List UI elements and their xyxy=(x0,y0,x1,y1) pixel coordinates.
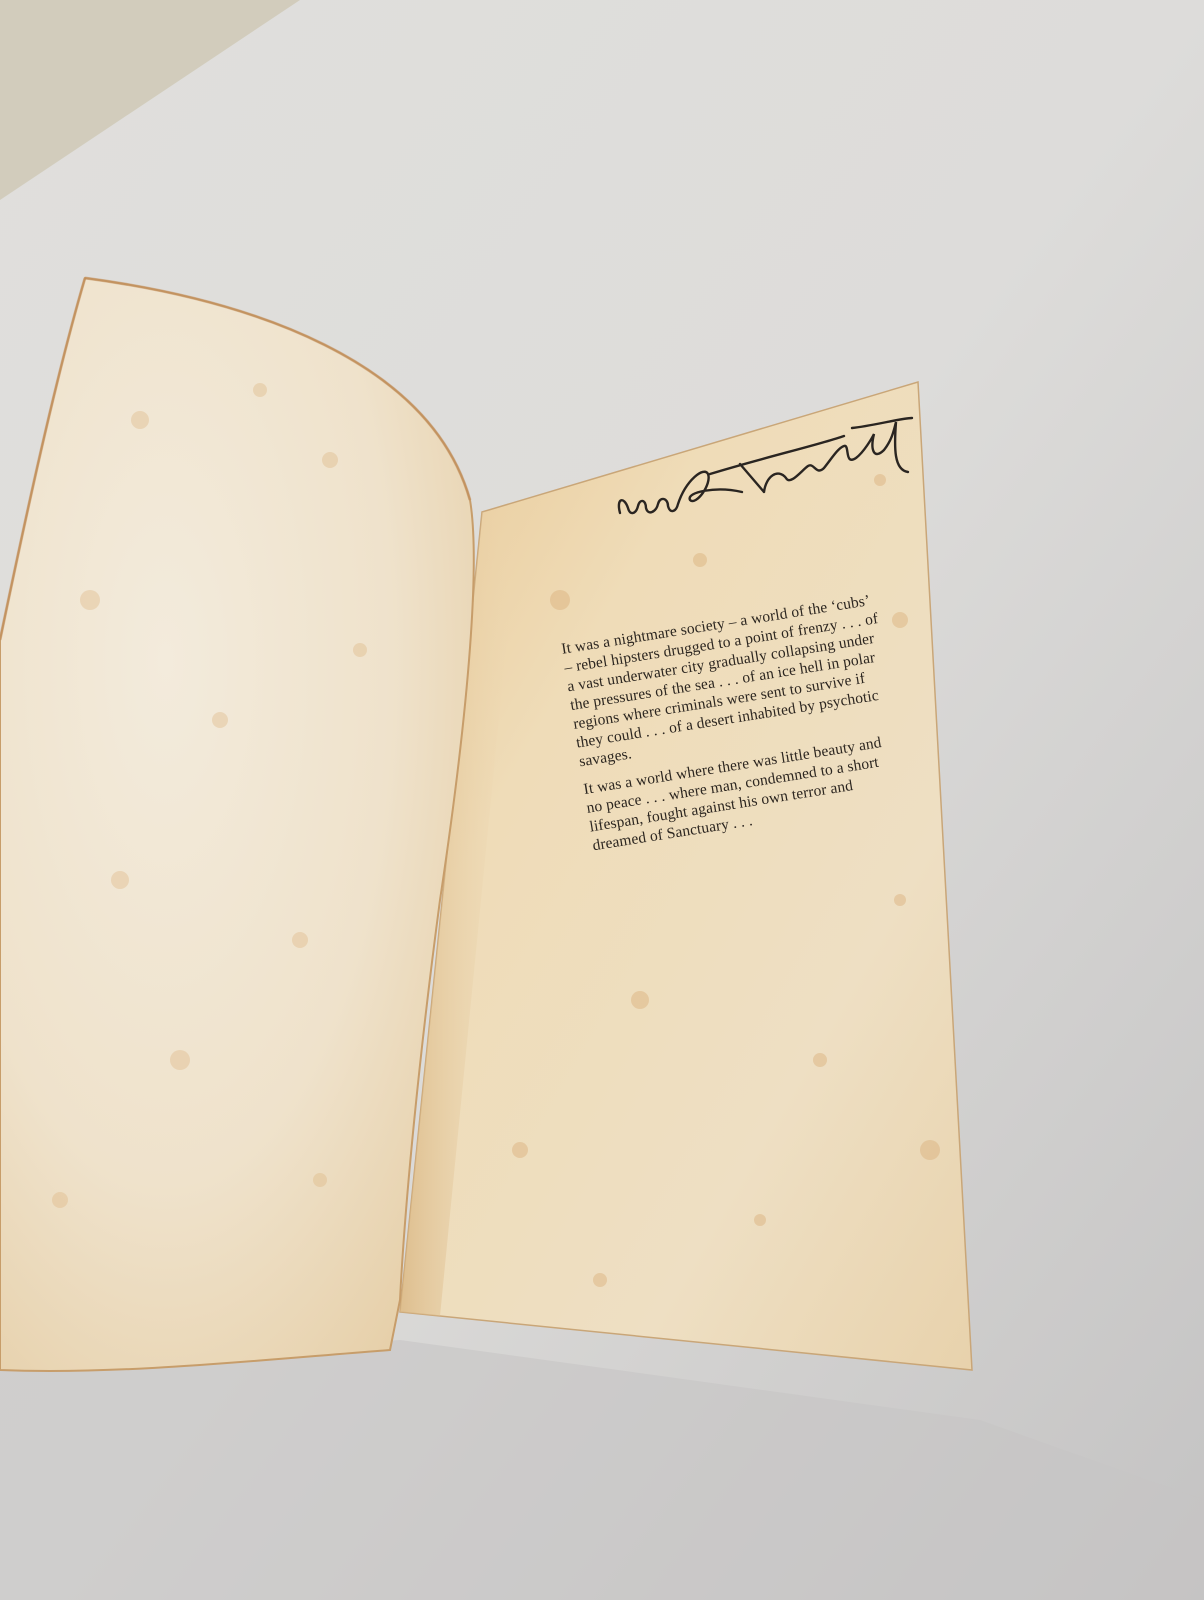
handwritten-signature: Neal Puckett xyxy=(612,388,922,538)
left-page xyxy=(0,278,474,1371)
photo-scene: Neal Puckett It was a nightmare society … xyxy=(0,0,1204,1600)
